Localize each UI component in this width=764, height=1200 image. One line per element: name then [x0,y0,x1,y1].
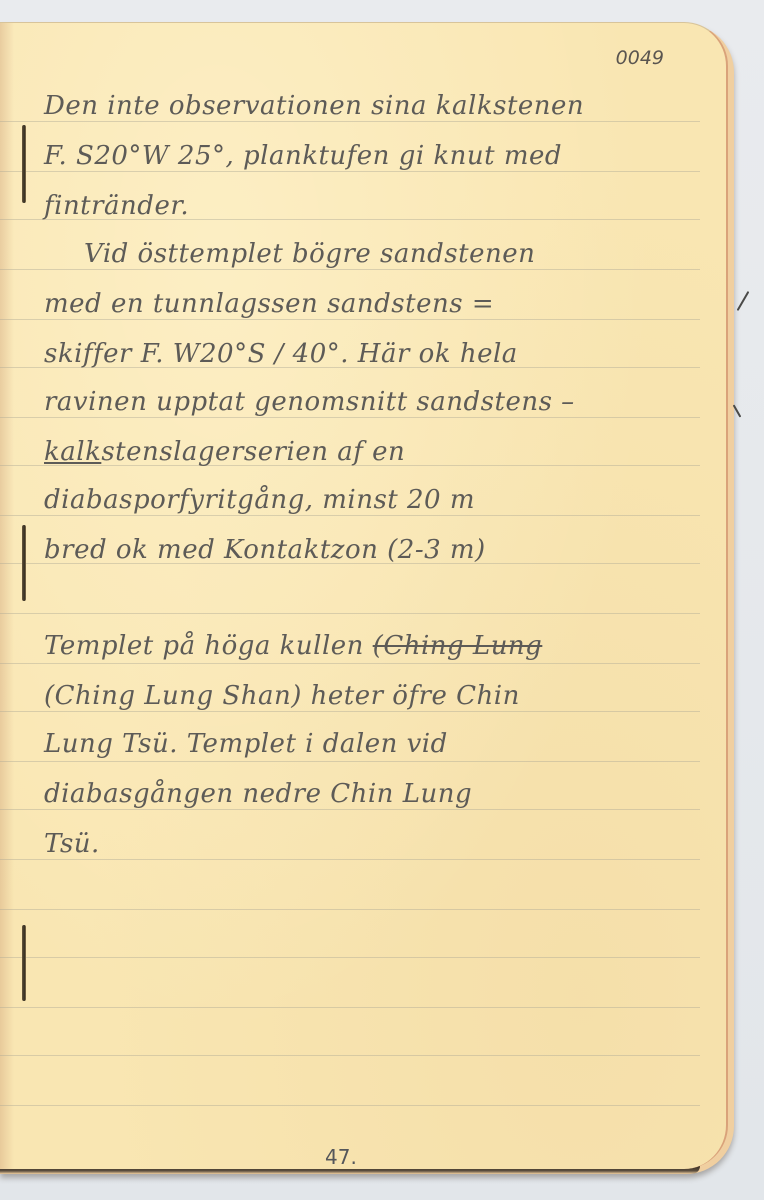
text-line: Den inte observationen sina kalkstenen [44,91,584,121]
binding-staple [22,925,26,1001]
ruling-line [0,319,700,320]
struck-text: (Ching Lung [373,631,543,661]
text-line: skiffer F. W20°S / 40°. Här ok hela [44,339,518,369]
ruling-line [0,859,700,860]
text-line: kalkstenslagerserien af en [44,437,405,467]
underlined-word: kalk [44,437,101,467]
archive-number: 0049 [616,47,664,69]
ruling-line [0,121,700,122]
ruling-line [0,711,700,712]
ruling-line [0,171,700,172]
ruling-line [0,663,700,664]
text-line: diabasporfyritgång, minst 20 m [44,485,475,515]
text-line: bred ok med Kontaktzon (2-3 m) [44,535,486,565]
ruling-line [0,809,700,810]
ruling-line [0,957,700,958]
text-line: fintränder. [44,191,189,221]
ruling-line [0,1007,700,1008]
text-line-start: Templet på höga kullen [44,631,364,661]
binding-staple [22,525,26,601]
ruling-line [0,1105,700,1106]
text-line: ravinen upptat genomsnitt sandstens – [44,387,575,417]
ruling-line [0,515,700,516]
ruling-line [0,909,700,910]
text-line: Tsü. [44,829,100,859]
binding-fold [0,23,14,1169]
ruling-line [0,613,700,614]
binding-staple [22,125,26,203]
text-line: Templet på höga kullen (Ching Lung [44,631,542,661]
ruling-line [0,417,700,418]
text-line: F. S20°W 25°, planktufen gi knut med [44,141,562,171]
text-line: med en tunnlagssen sandstens = [44,289,494,319]
text-line: Lung Tsü. Templet i dalen vid [44,729,448,759]
ruling-line [0,761,700,762]
text-line-rest: stenslagerserien af en [101,437,405,467]
text-line: (Ching Lung Shan) heter öfre Chin [44,681,520,711]
ruling-line [0,1055,700,1056]
page-number: 47. [325,1145,357,1169]
notebook-page: 0049 Den inte observationen sina kalkste… [0,22,728,1169]
text-line: Vid östtemplet bögre sandstenen [84,239,535,269]
text-line: diabasgången nedre Chin Lung [44,779,472,809]
ruling-line [0,269,700,270]
